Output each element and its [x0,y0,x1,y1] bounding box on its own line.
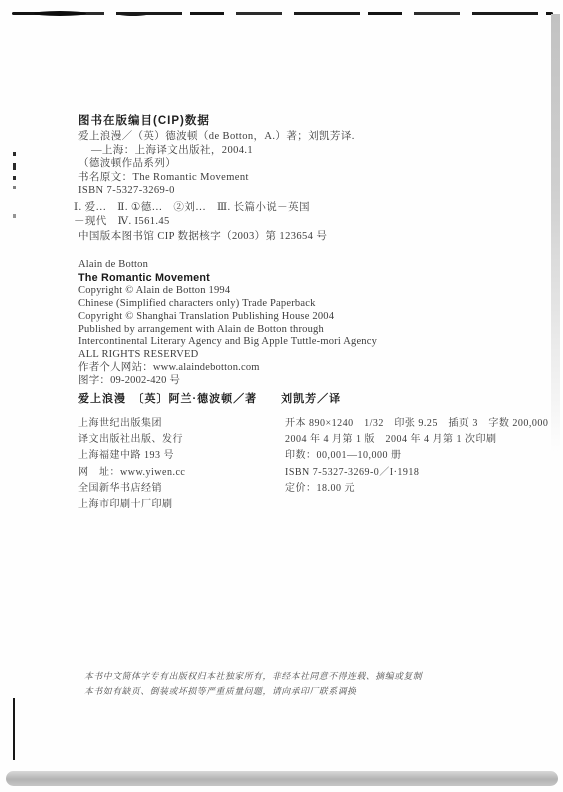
rights-block: Alain de Botton The Romantic Movement Co… [78,259,377,388]
colophon-print-column: 开本 890×1240 1/32 印张 9.25 插页 3 字数 200,000… [285,416,548,513]
cip-line: （德波顿作品系列） [78,157,355,171]
print-run-line: 印数：00,001—10,000 册 [285,448,548,464]
rights-line: ALL RIGHTS RESERVED [78,349,377,362]
rights-line: Chinese (Simplified characters only) Tra… [78,298,377,311]
original-title: The Romantic Movement [78,272,377,285]
cip-record-number: 中国版本图书馆 CIP 数据核字（2003）第 123654 号 [78,228,327,243]
colophon-publisher-column: 上海世纪出版集团 译文出版社出版、发行 上海福建中路 193 号 网 址：www… [78,416,285,513]
scan-artifact-right-edge [551,14,560,454]
notice-line: 本书如有缺页、倒装或坏损等严重质量问题，请向承印厂联系调换 [84,684,422,699]
cip-classification-block: Ⅰ. 爱… Ⅱ. ①德… ②刘… Ⅲ. 长篇小说－英国 －现代 Ⅳ. I561.… [74,201,310,228]
scan-artifact-dash [13,152,16,156]
scan-artifact-dash [13,214,16,218]
format-line: 开本 890×1240 1/32 印张 9.25 插页 3 字数 200,000 [285,416,548,432]
cip-heading: 图书在版编目(CIP)数据 [78,112,210,128]
colophon-left-line: 上海福建中路 193 号 [78,448,285,464]
author-website: 作者个人网站：www.alaindebotton.com [78,362,377,375]
rights-line: Intercontinental Literary Agency and Big… [78,336,377,349]
edition-line: 2004 年 4 月第 1 版 2004 年 4 月第 1 次印刷 [285,432,548,448]
rights-line: Published by arrangement with Alain de B… [78,324,377,337]
scan-artifact-blob [34,11,86,16]
scanned-copyright-page: 图书在版编目(CIP)数据 爱上浪漫／（英）德波顿（de Botton，A.）著… [0,0,563,792]
isbn-line: ISBN 7-5327-3269-0／I·1918 [285,465,548,481]
printer-line: 上海市印刷十厂印刷 [78,497,285,513]
cip-line: Ⅰ. 爱… Ⅱ. ①德… ②刘… Ⅲ. 长篇小说－英国 [74,201,310,215]
scan-artifact-dash [13,163,16,170]
license-number: 图字：09-2002-420 号 [78,375,377,388]
cip-line: －现代 Ⅳ. I561.45 [74,215,310,229]
colophon-left-line: 全国新华书店经销 [78,481,285,497]
cip-line: 爱上浪漫／（英）德波顿（de Botton，A.）著；刘凯芳译. [78,130,355,144]
scan-artifact-dash [13,176,16,180]
colophon-left-line: 译文出版社出版、发行 [78,432,285,448]
book-title-line: 爱上浪漫 〔英〕阿兰·德波顿／著 刘凯芳／译 [78,390,341,406]
rights-line: Copyright © Shanghai Translation Publish… [78,311,377,324]
scan-artifact-dash [13,186,16,189]
notice-line: 本书中文简体字专有出版权归本社独家所有，非经本社同意不得连载、摘编或复制 [84,669,422,684]
rights-line: Copyright © Alain de Botton 1994 [78,285,377,298]
author-name: Alain de Botton [78,259,377,272]
colophon-left-line: 上海世纪出版集团 [78,416,285,432]
scan-artifact-blob [118,12,148,16]
scan-artifact-bottom-shadow [6,771,558,786]
cip-description-block: 爱上浪漫／（英）德波顿（de Botton，A.）著；刘凯芳译. —上海：上海译… [78,130,355,198]
cip-line: —上海：上海译文出版社，2004.1 [78,144,355,158]
publisher-website: 网 址：www.yiwen.cc [78,465,285,481]
cip-line: 书名原文：The Romantic Movement [78,171,355,185]
scan-artifact-top-streak [12,12,553,15]
price-line: 定价：18.00 元 [285,481,548,497]
cip-isbn: ISBN 7-5327-3269-0 [78,184,355,198]
copyright-notice: 本书中文简体字专有出版权归本社独家所有，非经本社同意不得连载、摘编或复制 本书如… [84,669,422,699]
scan-artifact-left-line [13,698,15,760]
colophon: 上海世纪出版集团 译文出版社出版、发行 上海福建中路 193 号 网 址：www… [78,416,543,513]
